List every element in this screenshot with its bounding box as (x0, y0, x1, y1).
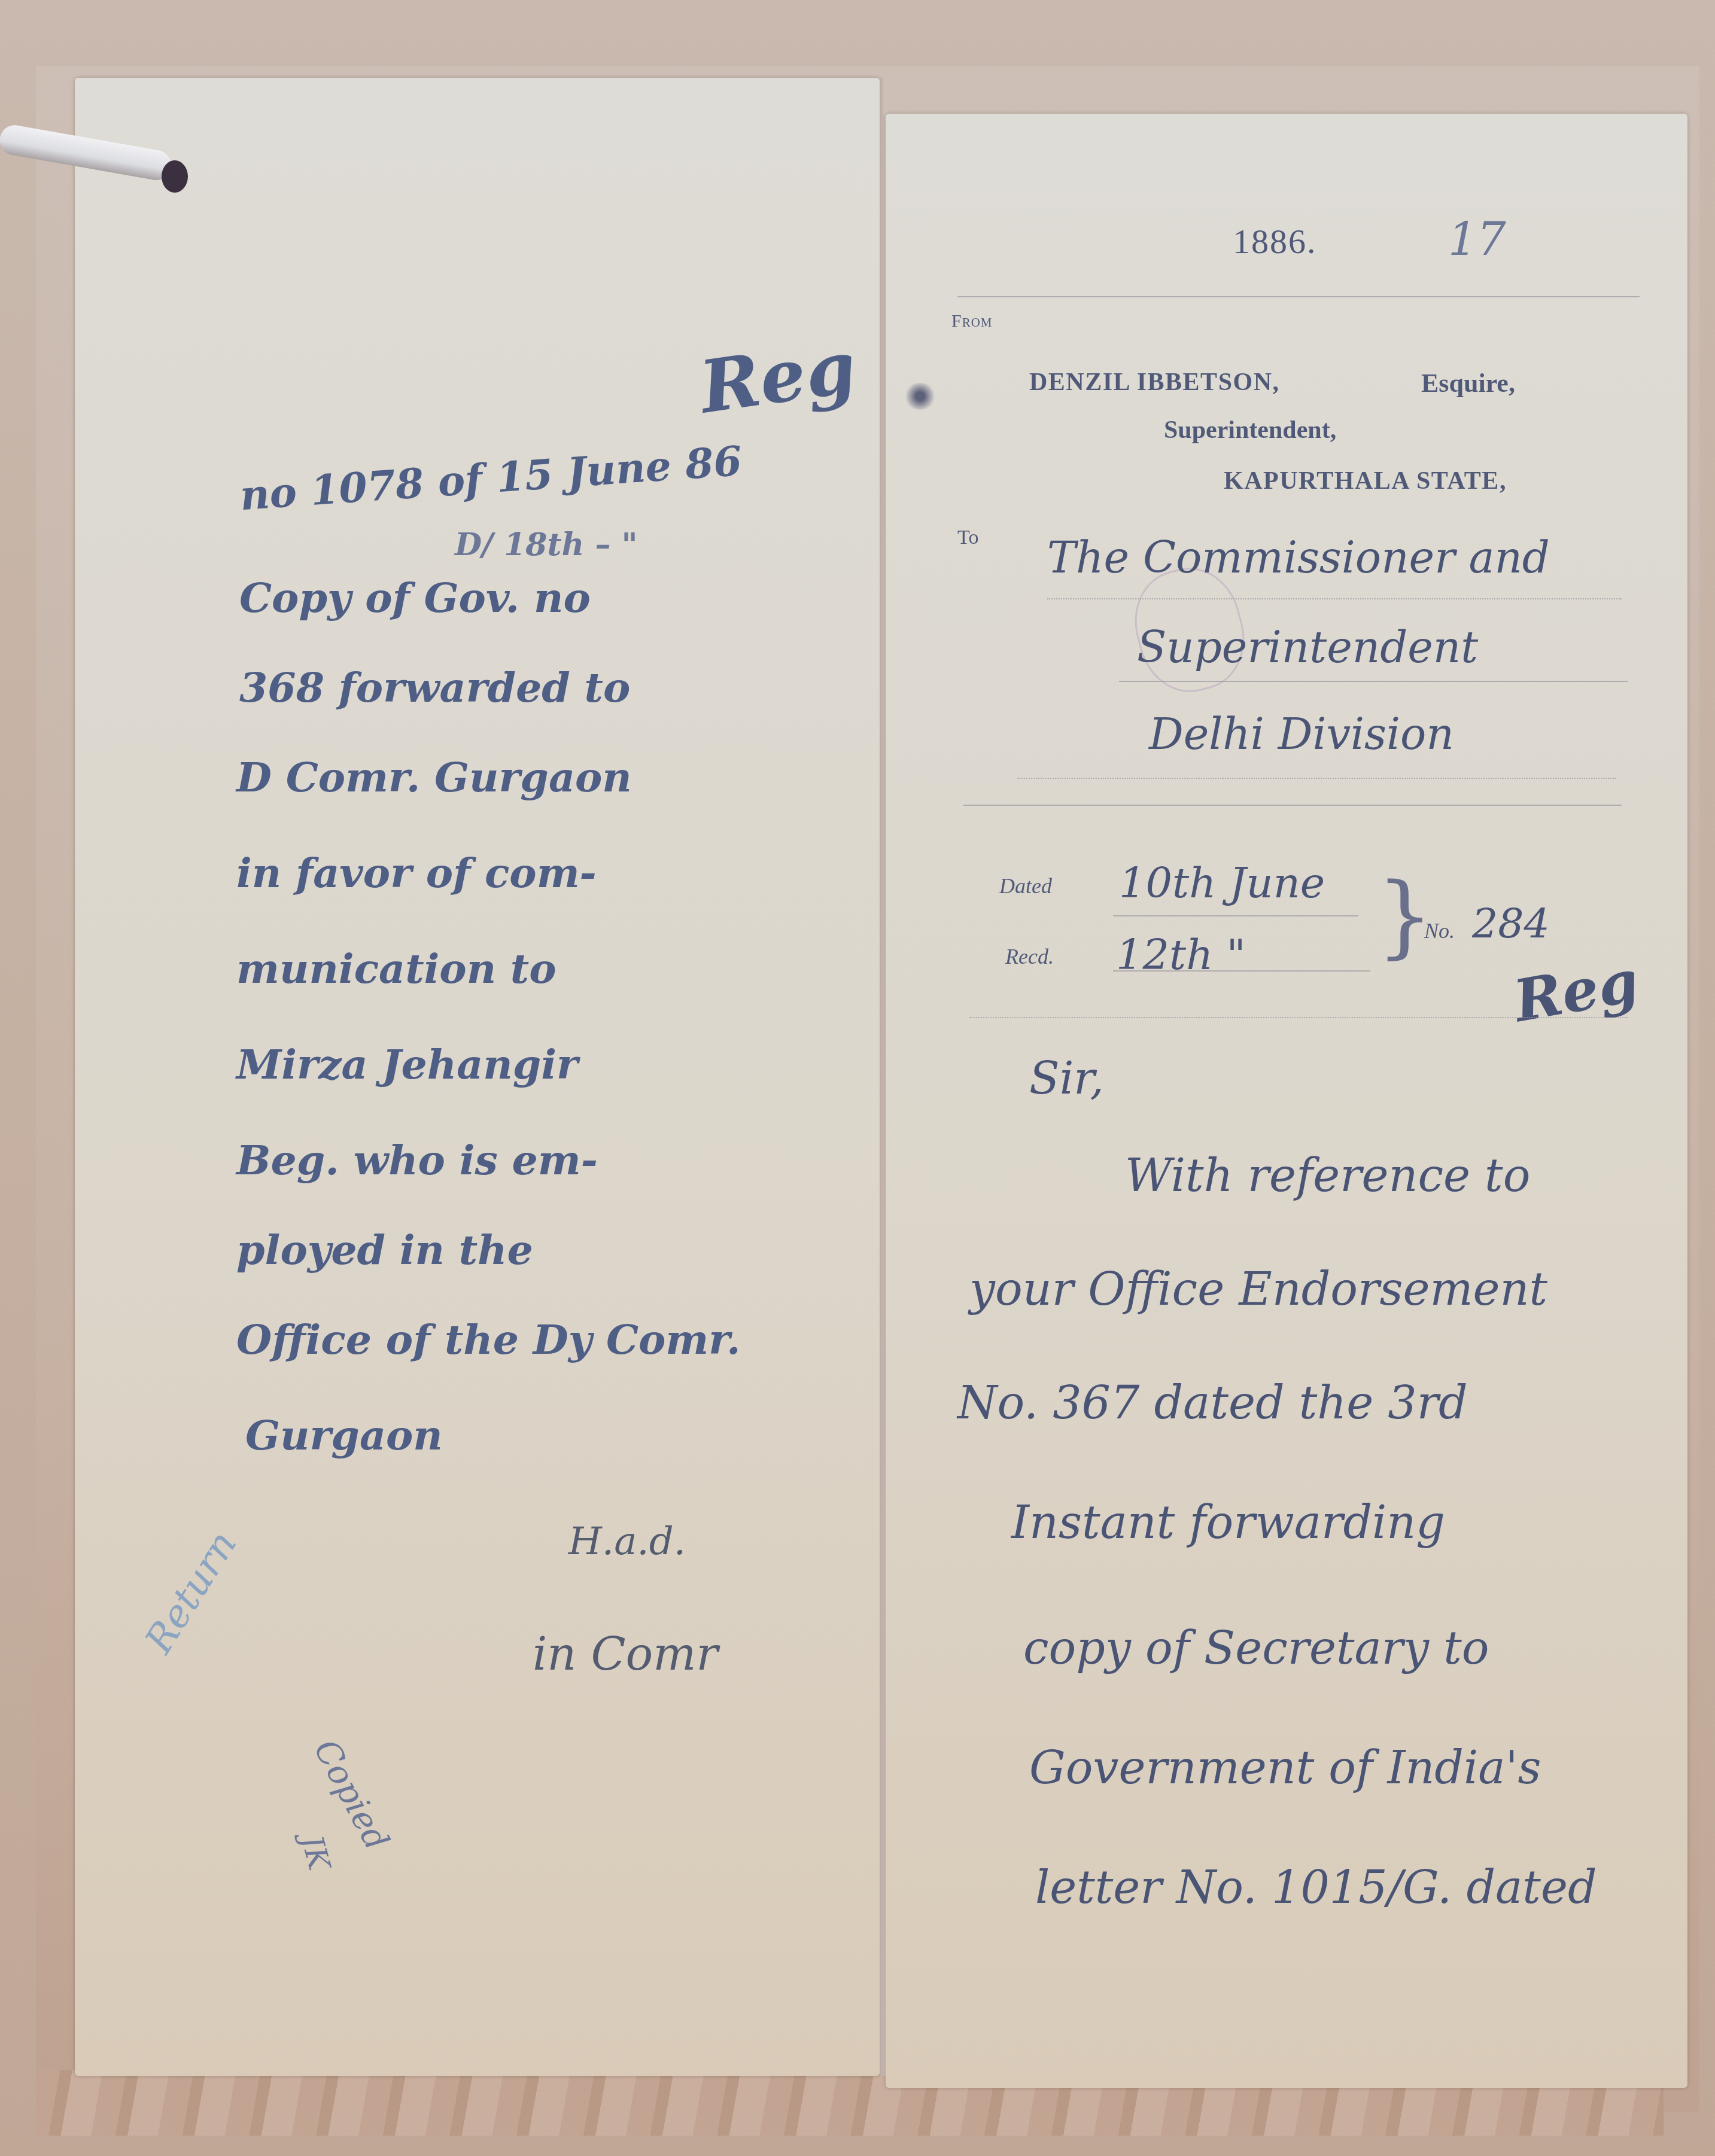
sender-title: Superintendent, (1164, 416, 1336, 444)
left-line-4: 368 forwarded to (239, 664, 630, 712)
page-fold (880, 78, 886, 2076)
date-brace: } (1376, 864, 1433, 969)
left-line-9: Beg. who is em- (236, 1137, 598, 1184)
body-line-3: No. 367 dated the 3rd (957, 1376, 1468, 1429)
left-line-6: in favor of com- (236, 849, 597, 897)
left-line-10: ployed in the (236, 1226, 533, 1274)
sender-honorific: Esquire, (1421, 368, 1515, 398)
left-line-12: Gurgaon (245, 1412, 443, 1460)
body-line-1: With reference to (1125, 1149, 1530, 1202)
body-line-6: Government of India's (1029, 1741, 1541, 1794)
dated-rule (1113, 915, 1358, 916)
address-divider (963, 805, 1622, 806)
sender-name: DENZIL IBBETSON, (1029, 368, 1280, 397)
recipient-line-2: Superintendent (1137, 622, 1478, 672)
number-rule (969, 1017, 1628, 1018)
left-line-8: Mirza Jehangir (236, 1041, 578, 1089)
recipient-line-1: The Commissioner and (1047, 532, 1550, 583)
recd-label: Recd. (1005, 944, 1054, 969)
body-line-2: your Office Endorsement (969, 1262, 1547, 1315)
recd-value: 12th " (1116, 930, 1246, 979)
recipient-rule-3 (1017, 778, 1616, 779)
recipient-line-3: Delhi Division (1149, 709, 1454, 759)
from-label: From (951, 311, 993, 331)
number-value: 284 (1472, 900, 1550, 948)
left-line-3: Copy of Gov. no (239, 574, 591, 622)
left-line-2: D/ 18th – " (455, 526, 638, 563)
folio-number: 17 (1448, 212, 1506, 266)
recipient-rule-2 (1119, 681, 1628, 682)
body-line-4: Instant forwarding (1011, 1496, 1445, 1549)
to-label: To (957, 526, 978, 549)
header-rule (957, 296, 1640, 297)
body-line-7: letter No. 1015/G. dated (1035, 1860, 1597, 1914)
number-label: No. (1424, 918, 1455, 943)
punch-hole-icon (162, 160, 188, 193)
letter-year: 1886. (1233, 221, 1317, 261)
ink-blot (904, 383, 936, 410)
body-line-5: copy of Secretary to (1023, 1621, 1489, 1674)
dated-label: Dated (999, 873, 1052, 899)
left-signoff-comr: in Comr (533, 1627, 718, 1680)
left-line-7: munication to (236, 945, 557, 993)
recipient-rule-1 (1047, 598, 1622, 599)
left-line-11: Office of the Dy Comr. (236, 1316, 741, 1364)
dated-value: 10th June (1119, 858, 1325, 908)
salutation: Sir, (1029, 1053, 1104, 1104)
sender-state: KAPURTHALA STATE, (1224, 467, 1507, 495)
left-line-5: D Comr. Gurgaon (236, 754, 632, 802)
recd-rule (1113, 970, 1370, 972)
left-signoff-had: H.a.d. (568, 1519, 686, 1564)
